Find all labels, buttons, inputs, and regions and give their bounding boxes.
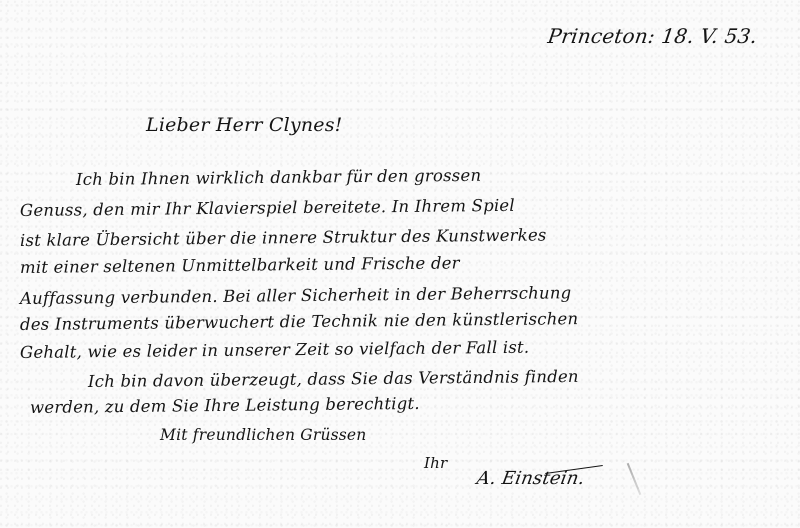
body-line-8: Ich bin davon überzeugt, dass Sie das Ve… [88, 367, 579, 391]
closing: Mit freundlichen Grüssen [160, 426, 367, 444]
body-line-7: Gehalt, wie es leider in unserer Zeit so… [20, 338, 529, 362]
place-date: Princeton: 18. V. 53. [546, 24, 759, 48]
greeting: Lieber Herr Clynes! [146, 114, 343, 136]
body-line-9: werden, zu dem Sie Ihre Leistung berecht… [30, 394, 420, 417]
body-line-2: Genuss, den mir Ihr Klavierspiel bereite… [20, 196, 515, 220]
body-line-4: mit einer seltenen Unmittelbarkeit und F… [20, 253, 460, 277]
body-line-5: Auffassung verbunden. Bei aller Sicherhe… [20, 283, 572, 308]
body-line-1: Ich bin Ihnen wirklich dankbar für den g… [76, 166, 481, 189]
scan-artifact-mark [627, 463, 642, 495]
letter-page: Princeton: 18. V. 53. Lieber Herr Clynes… [0, 0, 800, 528]
body-line-6: des Instruments überwuchert die Technik … [20, 309, 578, 334]
signature: A. Einstein. [475, 468, 586, 489]
body-line-3: ist klare Übersicht über die innere Stru… [20, 225, 547, 250]
signature-prefix: Ihr [424, 454, 447, 472]
